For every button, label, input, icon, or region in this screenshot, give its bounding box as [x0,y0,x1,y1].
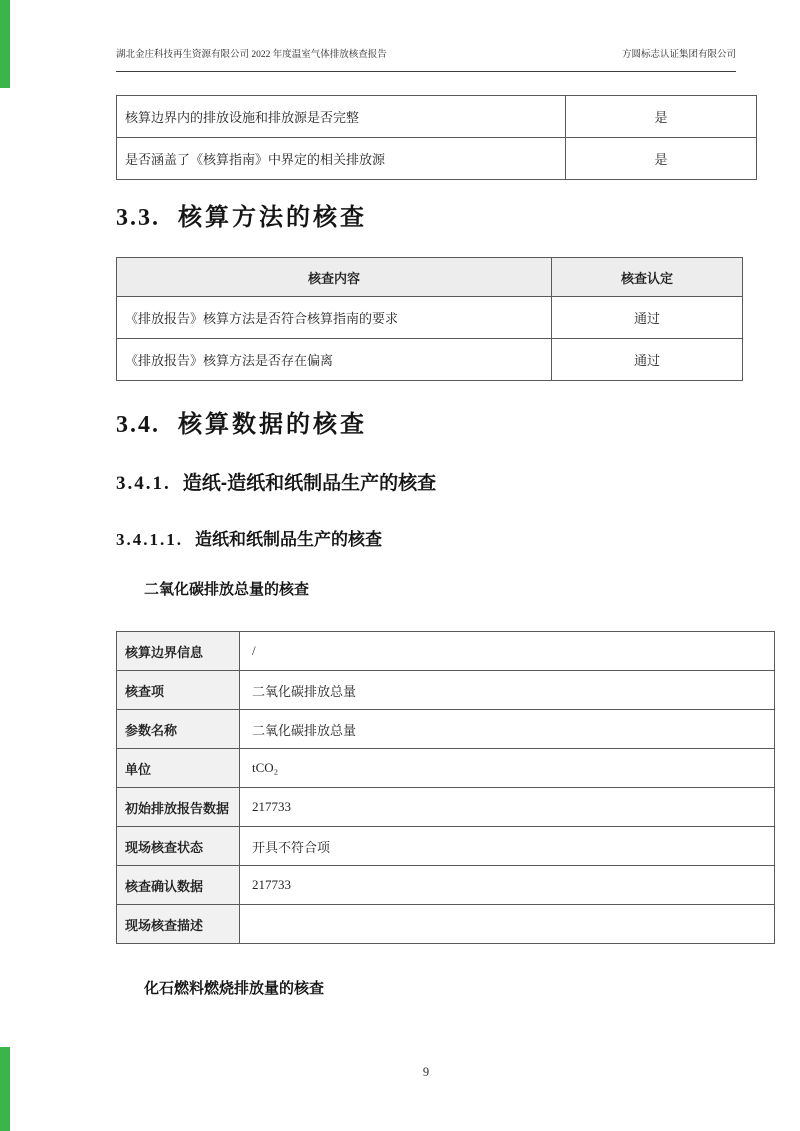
boundary-question-cell: 核算边界内的排放设施和排放源是否完整 [117,96,566,138]
header-report-title: 湖北金庄科技再生资源有限公司 2022 年度温室气体排放核查报告 [116,49,387,62]
kv-value-cell: 二氧化碳排放总量 [240,710,775,749]
scan-edge-artifact-bottom [0,1047,10,1131]
section-title: 造纸和纸制品生产的核查 [195,530,382,549]
table-row: 《排放报告》核算方法是否存在偏离 通过 [117,339,743,381]
table-row: 核查确认数据 217733 [117,866,775,905]
section-heading-3-3: 3.3.核算方法的核查 [116,204,736,232]
section-number: 3.4. [116,412,160,438]
kv-label-cell: 核算边界信息 [117,632,240,671]
kv-value-cell: 开具不符合项 [240,827,775,866]
boundary-answer-cell: 是 [566,96,757,138]
table-row: 是否涵盖了《核算指南》中界定的相关排放源 是 [117,138,757,180]
section-title: 造纸-造纸和纸制品生产的核查 [183,473,436,494]
method-check-table: 核查内容 核查认定 《排放报告》核算方法是否符合核算指南的要求 通过 《排放报告… [116,257,743,381]
method-content-cell: 《排放报告》核算方法是否存在偏离 [117,339,552,381]
section-heading-3-4: 3.4.核算数据的核查 [116,411,736,439]
section-heading-3-4-1-1: 3.4.1.1.造纸和纸制品生产的核查 [116,529,736,550]
scan-edge-artifact-top [0,0,10,88]
table-row: 《排放报告》核算方法是否符合核算指南的要求 通过 [117,297,743,339]
table-row: 现场核查描述 [117,905,775,944]
co2-check-table: 核算边界信息 / 核查项 二氧化碳排放总量 参数名称 二氧化碳排放总量 单位 t… [116,631,775,944]
kv-label-cell: 单位 [117,749,240,788]
boundary-answer-cell: 是 [566,138,757,180]
page-content: 湖北金庄科技再生资源有限公司 2022 年度温室气体排放核查报告 方圆标志认证集… [116,0,736,1080]
section-number: 3.4.1. [116,473,171,494]
kv-value-cell [240,905,775,944]
column-header-content: 核查内容 [117,258,552,297]
kv-label-cell: 现场核查状态 [117,827,240,866]
kv-label-cell: 初始排放报告数据 [117,788,240,827]
section-title: 核算数据的核查 [178,411,367,438]
kv-value-cell: 217733 [240,866,775,905]
kv-label-cell: 现场核查描述 [117,905,240,944]
kv-label-cell: 参数名称 [117,710,240,749]
page-number: 9 [116,1064,736,1080]
method-result-cell: 通过 [552,297,743,339]
kv-label-cell: 核查确认数据 [117,866,240,905]
table-row: 初始排放报告数据 217733 [117,788,775,827]
boundary-check-table: 核算边界内的排放设施和排放源是否完整 是 是否涵盖了《核算指南》中界定的相关排放… [116,95,757,180]
fossil-check-subtitle: 化石燃料燃烧排放量的核查 [116,979,736,998]
method-content-cell: 《排放报告》核算方法是否符合核算指南的要求 [117,297,552,339]
boundary-question-cell: 是否涵盖了《核算指南》中界定的相关排放源 [117,138,566,180]
document-page: { "colors": { "edge_artifact_green": "#3… [0,0,800,1131]
section-title: 核算方法的核查 [178,204,367,231]
section-heading-3-4-1: 3.4.1.造纸-造纸和纸制品生产的核查 [116,472,736,496]
page-header: 湖北金庄科技再生资源有限公司 2022 年度温室气体排放核查报告 方圆标志认证集… [116,49,736,72]
section-number: 3.3. [116,205,160,231]
kv-value-cell: / [240,632,775,671]
kv-label-cell: 核查项 [117,671,240,710]
table-row: 参数名称 二氧化碳排放总量 [117,710,775,749]
table-header-row: 核查内容 核查认定 [117,258,743,297]
column-header-result: 核查认定 [552,258,743,297]
kv-value-cell: 二氧化碳排放总量 [240,671,775,710]
table-row: 单位 tCO₂ [117,749,775,788]
section-number: 3.4.1.1. [116,530,183,549]
co2-check-subtitle: 二氧化碳排放总量的核查 [116,580,736,599]
kv-value-cell: 217733 [240,788,775,827]
method-result-cell: 通过 [552,339,743,381]
header-org-name: 方圆标志认证集团有限公司 [622,49,736,62]
table-row: 核算边界信息 / [117,632,775,671]
table-row: 核查项 二氧化碳排放总量 [117,671,775,710]
table-row: 核算边界内的排放设施和排放源是否完整 是 [117,96,757,138]
kv-value-cell: tCO₂ [240,749,775,788]
table-row: 现场核查状态 开具不符合项 [117,827,775,866]
